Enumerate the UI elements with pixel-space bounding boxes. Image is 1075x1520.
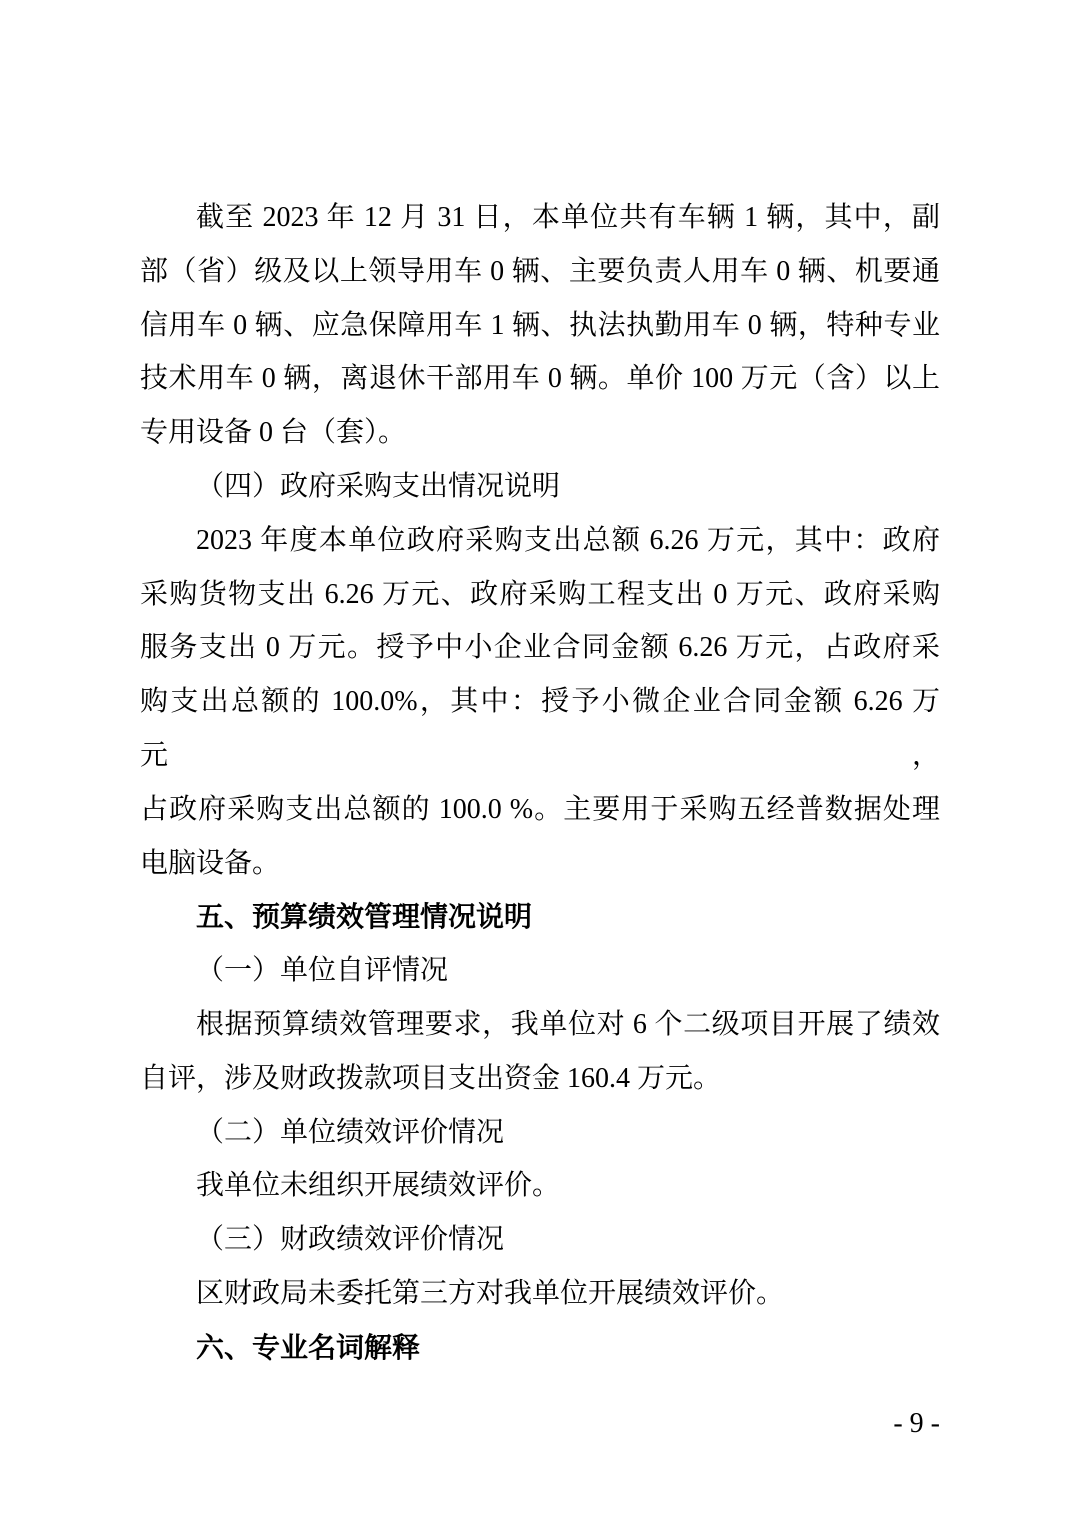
subheading-unit-evaluation: （二）单位绩效评价情况 <box>140 1106 940 1160</box>
para-vehicles-line-5: 专用设备 0 台（套）。 <box>140 406 940 460</box>
subheading-finance-evaluation: （三）财政绩效评价情况 <box>140 1213 940 1267</box>
para-self-eval-line-2: 自评，涉及财政拨款项目支出资金 160.4 万元。 <box>140 1052 940 1106</box>
para-vehicles-line-2: 部（省）级及以上领导用车 0 辆、主要负责人用车 0 辆、机要通 <box>140 245 940 299</box>
para-self-eval-line-1: 根据预算绩效管理要求，我单位对 6 个二级项目开展了绩效 <box>140 998 940 1052</box>
subheading-gov-procurement: （四）政府采购支出情况说明 <box>140 460 940 514</box>
para-procurement-line-5: 占政府采购支出总额的 100.0 %。主要用于采购五经普数据处理 <box>140 783 940 837</box>
document-page: 截至 2023 年 12 月 31 日，本单位共有车辆 1 辆，其中，副 部（省… <box>0 0 1075 1520</box>
para-vehicles-line-4: 技术用车 0 辆，离退休干部用车 0 辆。单价 100 万元（含）以上 <box>140 352 940 406</box>
heading-section-5-performance: 五、预算绩效管理情况说明 <box>140 890 940 944</box>
subheading-self-evaluation: （一）单位自评情况 <box>140 944 940 998</box>
para-procurement-line-6: 电脑设备。 <box>140 837 940 891</box>
para-procurement-line-2: 采购货物支出 6.26 万元、政府采购工程支出 0 万元、政府采购 <box>140 568 940 622</box>
para-procurement-line-3: 服务支出 0 万元。授予中小企业合同金额 6.26 万元，占政府采 <box>140 621 940 675</box>
para-vehicles-line-1: 截至 2023 年 12 月 31 日，本单位共有车辆 1 辆，其中，副 <box>140 191 940 245</box>
para-vehicles-line-3: 信用车 0 辆、应急保障用车 1 辆、执法执勤用车 0 辆，特种专业 <box>140 299 940 353</box>
para-finance-eval: 区财政局未委托第三方对我单位开展绩效评价。 <box>140 1267 940 1321</box>
para-unit-eval: 我单位未组织开展绩效评价。 <box>140 1159 940 1213</box>
document-body: 截至 2023 年 12 月 31 日，本单位共有车辆 1 辆，其中，副 部（省… <box>140 191 940 1375</box>
para-procurement-line-4: 购支出总额的 100.0%，其中：授予小微企业合同金额 6.26 万元， <box>140 675 940 783</box>
para-procurement-line-1: 2023 年度本单位政府采购支出总额 6.26 万元，其中：政府 <box>140 514 940 568</box>
heading-section-6-glossary: 六、专业名词解释 <box>140 1321 940 1375</box>
page-number: - 9 - <box>140 1404 940 1444</box>
